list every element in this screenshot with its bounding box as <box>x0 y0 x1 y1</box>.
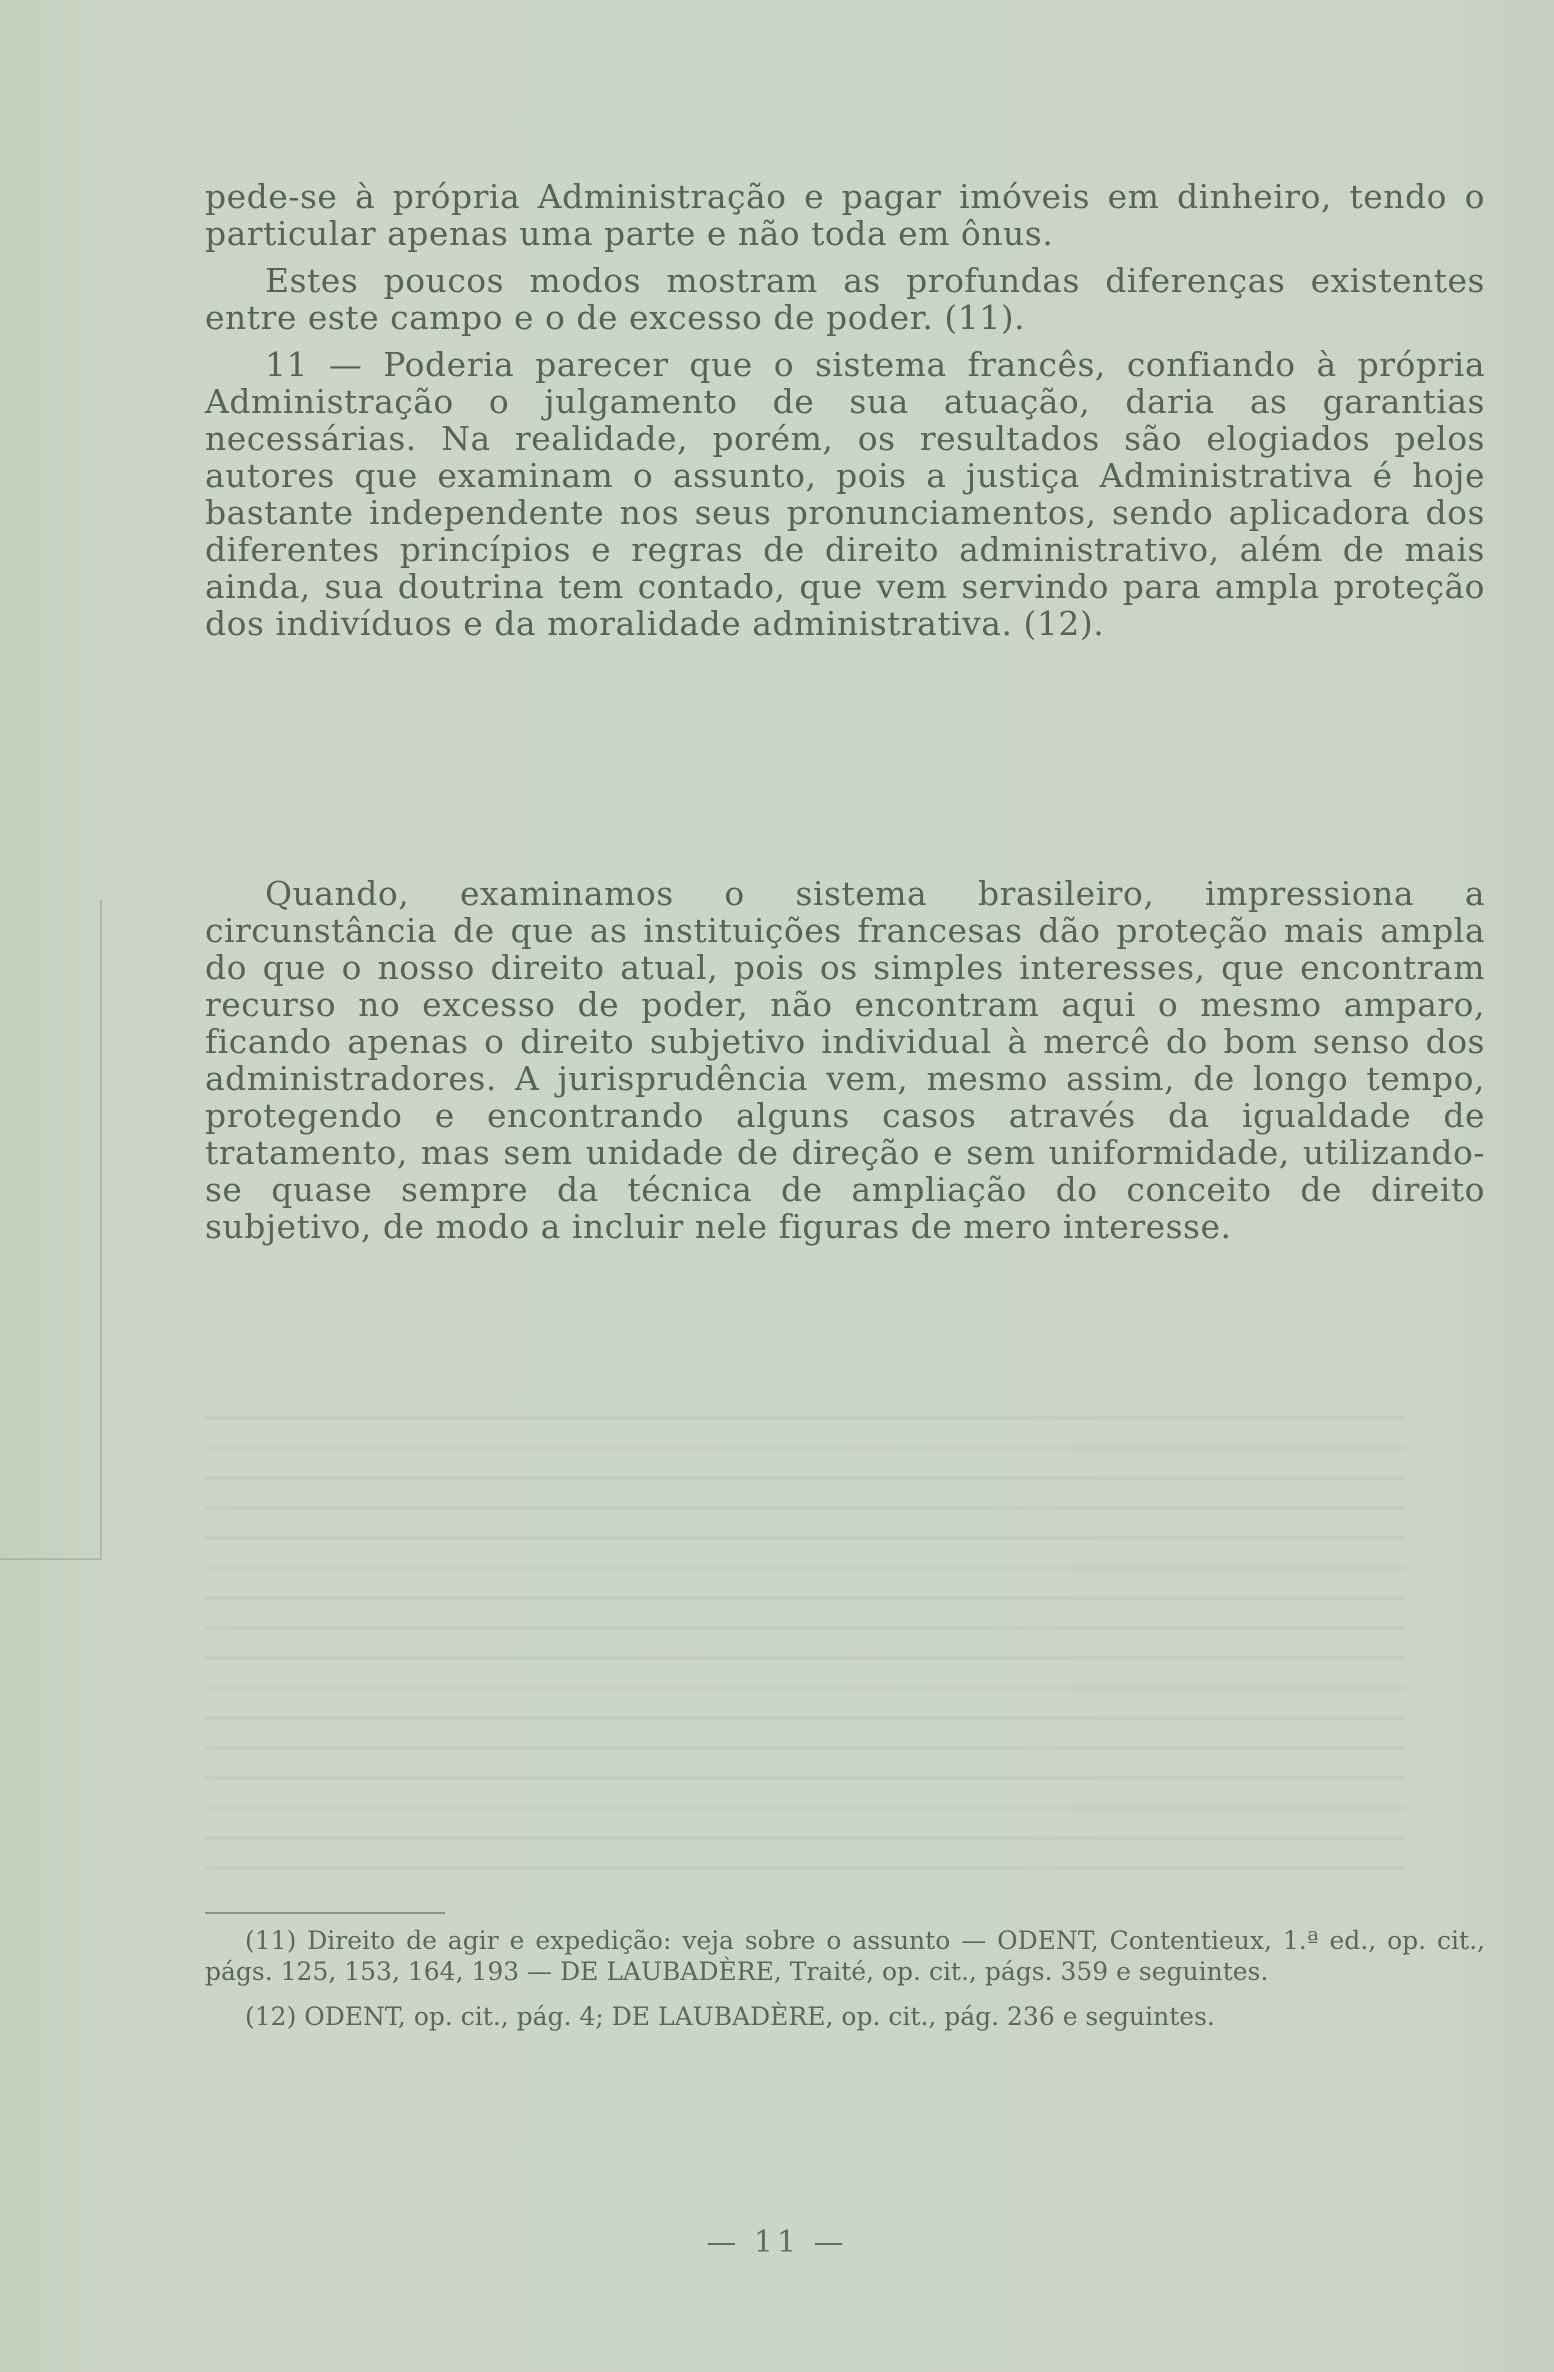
paragraph: Estes poucos modos mostram as profundas … <box>205 262 1485 336</box>
footnote-12: (12) ODENT, op. cit., pág. 4; DE LAUBADÈ… <box>205 2001 1485 2032</box>
reverse-side-bleed-through <box>205 1390 1405 1890</box>
footnotes: (11) Direito de agir e expedição: veja s… <box>205 1925 1485 2046</box>
binding-edge-mark <box>0 900 102 1560</box>
page-number: — 11 — <box>0 2225 1554 2260</box>
paragraph: 11 — Poderia parecer que o sistema franc… <box>205 346 1485 642</box>
body-text-section-1: pede-se à própria Administração e pagar … <box>205 178 1485 652</box>
footnote-11: (11) Direito de agir e expedição: veja s… <box>205 1925 1485 1987</box>
body-text-section-2: Quando, examinamos o sistema brasileiro,… <box>205 875 1485 1255</box>
paragraph-continuation: pede-se à própria Administração e pagar … <box>205 178 1485 252</box>
footnote-divider <box>205 1912 445 1914</box>
paragraph: Quando, examinamos o sistema brasileiro,… <box>205 875 1485 1245</box>
